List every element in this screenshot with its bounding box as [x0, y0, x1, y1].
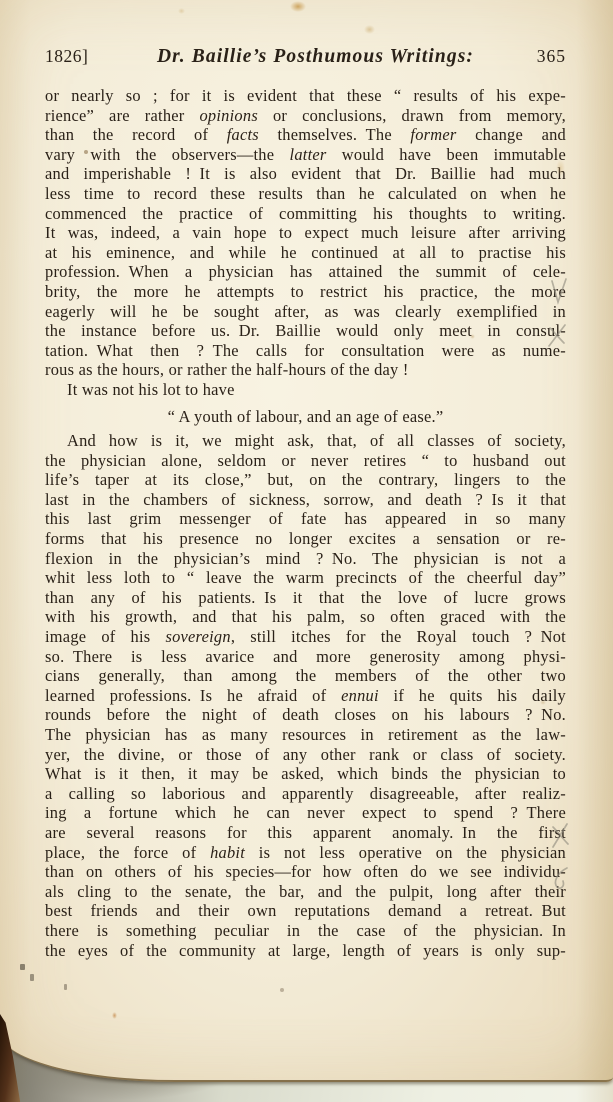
foxing-spot	[364, 25, 375, 34]
text-line: the eyes of the community at large, leng…	[45, 941, 566, 961]
pencil-cross-mark-icon	[548, 820, 574, 850]
ink-speck	[64, 984, 67, 990]
pencil-cross-mark-icon	[545, 320, 571, 350]
text-line: life’s taper at its close,” but, on the …	[45, 470, 566, 490]
ink-speck	[30, 974, 34, 981]
text-line: best friends and their own reputations d…	[45, 901, 566, 921]
text-line: than on others of his species—for how of…	[45, 862, 566, 882]
text-line: there is something peculiar in the case …	[45, 921, 566, 941]
page-body: or nearly so ; for it is evident that th…	[45, 86, 566, 960]
text-line: “ A youth of labour, and an age of ease.…	[45, 407, 566, 427]
text-line: eagerly will he be sought after, as was …	[45, 302, 566, 322]
text-line: are several reasons for this apparent an…	[45, 823, 566, 843]
foxing-spot	[112, 1012, 117, 1019]
ink-speck	[20, 964, 25, 970]
text-line: als cling to the senate, the bar, and th…	[45, 882, 566, 902]
text-line: profession. When a physician has attaine…	[45, 262, 566, 282]
text-line: And how is it, we might ask, that, of al…	[45, 431, 566, 451]
text-line: rous as the hours, or rather the half-ho…	[45, 360, 566, 380]
text-line: the physician alone, seldom or never ret…	[45, 451, 566, 471]
text-line: last in the chambers of sickness, sorrow…	[45, 490, 566, 510]
text-line: cians generally, than among the members …	[45, 666, 566, 686]
text-line: yer, the divine, or those of any other r…	[45, 745, 566, 765]
text-line: rounds before the night of death closes …	[45, 705, 566, 725]
text-line: The physician has as many resources in r…	[45, 725, 566, 745]
verse-quote: “ A youth of labour, and an age of ease.…	[45, 407, 566, 427]
pencil-check-mark-icon	[549, 276, 571, 306]
text-line: tation. What then ? The calls for consul…	[45, 341, 566, 361]
pencil-loop-mark-icon	[549, 864, 573, 892]
text-line: forms that his presence no longer excite…	[45, 529, 566, 549]
foxing-spot	[178, 8, 185, 14]
foxing-spot	[290, 1, 306, 12]
text-line: the instance before us. Dr. Baillie woul…	[45, 321, 566, 341]
text-line: It was, indeed, a vain hope to expect mu…	[45, 223, 566, 243]
text-line: so. There is less avarice and more gener…	[45, 647, 566, 667]
book-page-scan: 1826] Dr. Baillie’s Posthumous Writings:…	[0, 0, 613, 1102]
text-line: less time to record these results than h…	[45, 184, 566, 204]
text-line: place, the force of habit is not less op…	[45, 843, 566, 863]
text-line: a calling so laborious and apparently di…	[45, 784, 566, 804]
page-number: 365	[506, 46, 566, 67]
text-line: image of his sovereign, still itches for…	[45, 627, 566, 647]
page-content: 1826] Dr. Baillie’s Posthumous Writings:…	[0, 0, 613, 1102]
text-line: commenced the practice of committing his…	[45, 204, 566, 224]
text-line: ing a fortune which he can never expect …	[45, 803, 566, 823]
text-line: with his growth, and that his palm, so o…	[45, 607, 566, 627]
text-line: brity, the more he attempts to restrict …	[45, 282, 566, 302]
paragraph: or nearly so ; for it is evident that th…	[45, 86, 566, 380]
text-line: flexion in the physician’s mind ? No. Th…	[45, 549, 566, 569]
text-line: What is it then, it may be asked, which …	[45, 764, 566, 784]
text-line: this last grim messenger of fate has app…	[45, 509, 566, 529]
text-line: vary with the observers—the latter would…	[45, 145, 566, 165]
running-header: 1826] Dr. Baillie’s Posthumous Writings:…	[45, 46, 566, 68]
text-line: and imperishable ! It is also evident th…	[45, 164, 566, 184]
text-line: at his eminence, and while he continued …	[45, 243, 566, 263]
text-line: whit less loth to “ leave the warm preci…	[45, 568, 566, 588]
text-line: than any of his patients. Is it that the…	[45, 588, 566, 608]
text-line: rience” are rather opinions or conclusio…	[45, 106, 566, 126]
page-title: Dr. Baillie’s Posthumous Writings:	[125, 46, 506, 68]
text-line: learned professions. Is he afraid of enn…	[45, 686, 566, 706]
paragraph: And how is it, we might ask, that, of al…	[45, 431, 566, 960]
text-line: It was not his lot to have	[45, 380, 566, 400]
year-label: 1826]	[45, 46, 125, 67]
text-line: or nearly so ; for it is evident that th…	[45, 86, 566, 106]
paragraph: It was not his lot to have	[45, 380, 566, 400]
ink-speck	[280, 988, 284, 992]
text-line: than the record of facts themselves. The…	[45, 125, 566, 145]
